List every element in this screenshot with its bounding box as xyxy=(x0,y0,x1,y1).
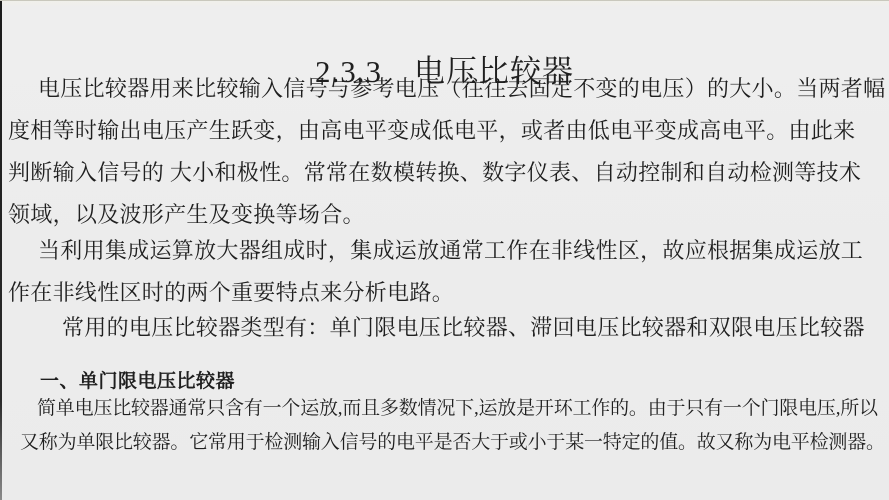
slide-page: 2.3.3 电压比较器 电压比较器用来比较输入信号与参考电压（往往去固定不变的电… xyxy=(0,0,889,500)
text-line: 简单电压比较器通常只含有一个运放,而且多数情况下,运放是开环工作的。由于只有一个… xyxy=(20,392,886,426)
single-threshold-paragraph: 简单电压比较器通常只含有一个运放,而且多数情况下,运放是开环工作的。由于只有一个… xyxy=(20,392,886,460)
top-edge-decoration xyxy=(0,0,889,1)
section-heading: 一、单门限电压比较器 xyxy=(40,366,235,393)
text-line: 又称为单限比较器。它常用于检测输入信号的电平是否大于或小于某一特定的值。故又称为… xyxy=(20,426,886,460)
text-line: 电压比较器用来比较输入信号与参考电压（往往去固定不变的电压）的大小。当两者幅 xyxy=(8,68,886,110)
text-line: 度相等时输出电压产生跃变，由高电平变成低电平，或者由低电平变成高电平。由此来 xyxy=(8,110,886,152)
opamp-paragraph: 当利用集成运算放大器组成时，集成运放通常工作在非线性区，故应根据集成运放工 作在… xyxy=(8,230,886,314)
text-line: 判断输入信号的 大小和极性。常常在数模转换、数字仪表、自动控制和自动检测等技术 xyxy=(8,152,886,194)
intro-paragraph: 电压比较器用来比较输入信号与参考电压（往往去固定不变的电压）的大小。当两者幅 度… xyxy=(8,68,886,236)
text-line: 当利用集成运算放大器组成时，集成运放通常工作在非线性区，故应根据集成运放工 xyxy=(8,230,886,272)
comparator-types-line: 常用的电压比较器类型有：单门限电压比较器、滞回电压比较器和双限电压比较器 xyxy=(62,307,865,349)
